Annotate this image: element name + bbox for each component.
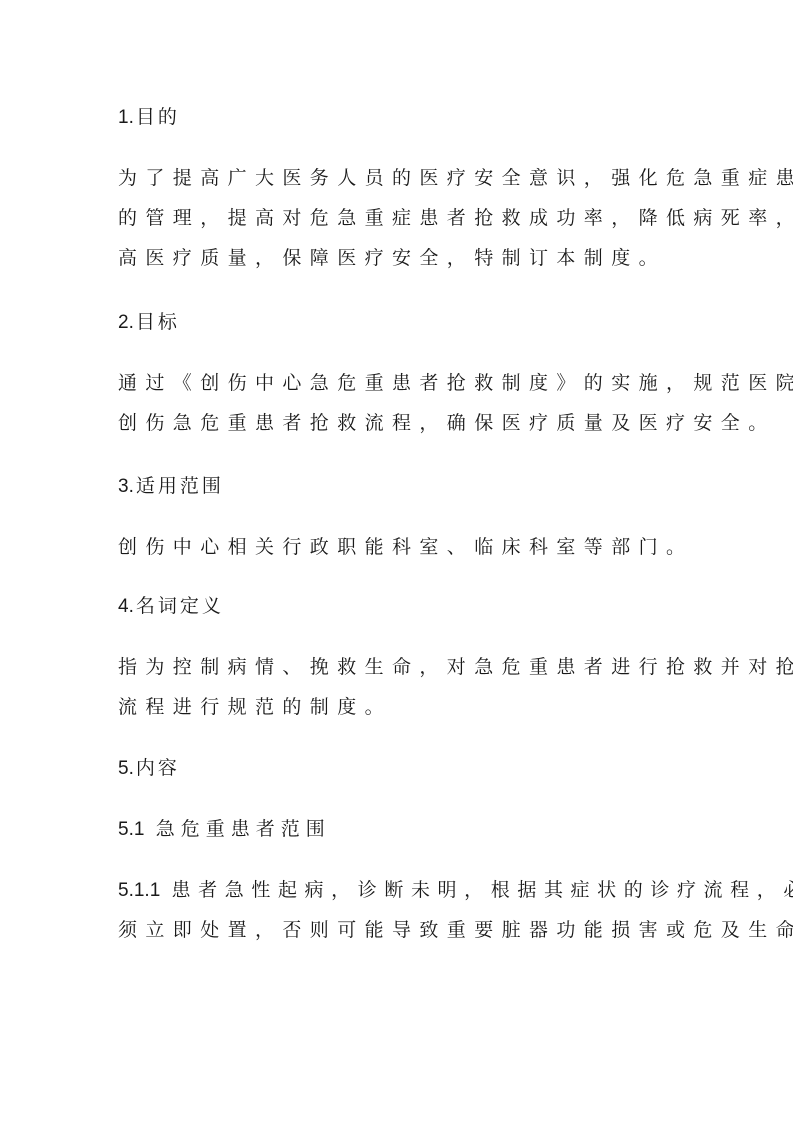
item-5-1-1-line-2: 须立即处置，否则可能导致重要脏器功能损害或危及生命；	[118, 918, 793, 942]
paragraph-line: 创伤急危重患者抢救流程，确保医疗质量及医疗安全。	[118, 411, 776, 435]
document-page: 1.目的 为了提高广大医务人员的医疗安全意识，强化危急重症患者 的管理，提高对危…	[0, 0, 793, 1122]
subsection-text: 急危重患者范围	[156, 818, 331, 840]
section-heading-scope: 3.适用范围	[118, 474, 224, 499]
heading-number: 4.	[118, 596, 134, 617]
paragraph-line: 为了提高广大医务人员的医疗安全意识，强化危急重症患者	[118, 166, 793, 190]
paragraph-line: 指为控制病情、挽救生命，对急危重患者进行抢救并对抢救	[118, 655, 793, 679]
heading-number: 5.	[118, 758, 134, 779]
section-heading-definitions: 4.名词定义	[118, 594, 224, 619]
item-number: 5.1.1	[118, 880, 166, 901]
heading-number: 2.	[118, 312, 134, 333]
heading-number: 3.	[118, 476, 134, 497]
subsection-number: 5.1	[118, 819, 150, 840]
paragraph-line: 创伤中心相关行政职能科室、临床科室等部门。	[118, 535, 693, 559]
paragraph-line: 的管理，提高对危急重症患者抢救成功率，降低病死率，提	[118, 206, 793, 230]
paragraph-line: 高医疗质量，保障医疗安全，特制订本制度。	[118, 246, 666, 270]
paragraph-line: 流程进行规范的制度。	[118, 695, 392, 719]
heading-number: 1.	[118, 107, 134, 128]
paragraph-line: 通过《创伤中心急危重患者抢救制度》的实施，规范医院对	[118, 371, 793, 395]
heading-text: 目标	[136, 311, 180, 333]
heading-text: 适用范围	[136, 475, 224, 497]
heading-text: 目的	[136, 106, 180, 128]
item-text: 患者急性起病，诊断未明，根据其症状的诊疗流程，必	[172, 879, 793, 901]
subsection-heading-5-1: 5.1 急危重患者范围	[118, 817, 331, 842]
section-heading-goal: 2.目标	[118, 310, 180, 335]
item-5-1-1-line-1: 5.1.1 患者急性起病，诊断未明，根据其症状的诊疗流程，必	[118, 878, 793, 903]
heading-text: 内容	[136, 757, 180, 779]
section-heading-content: 5.内容	[118, 756, 180, 781]
section-heading-purpose: 1.目的	[118, 105, 180, 130]
heading-text: 名词定义	[136, 595, 224, 617]
